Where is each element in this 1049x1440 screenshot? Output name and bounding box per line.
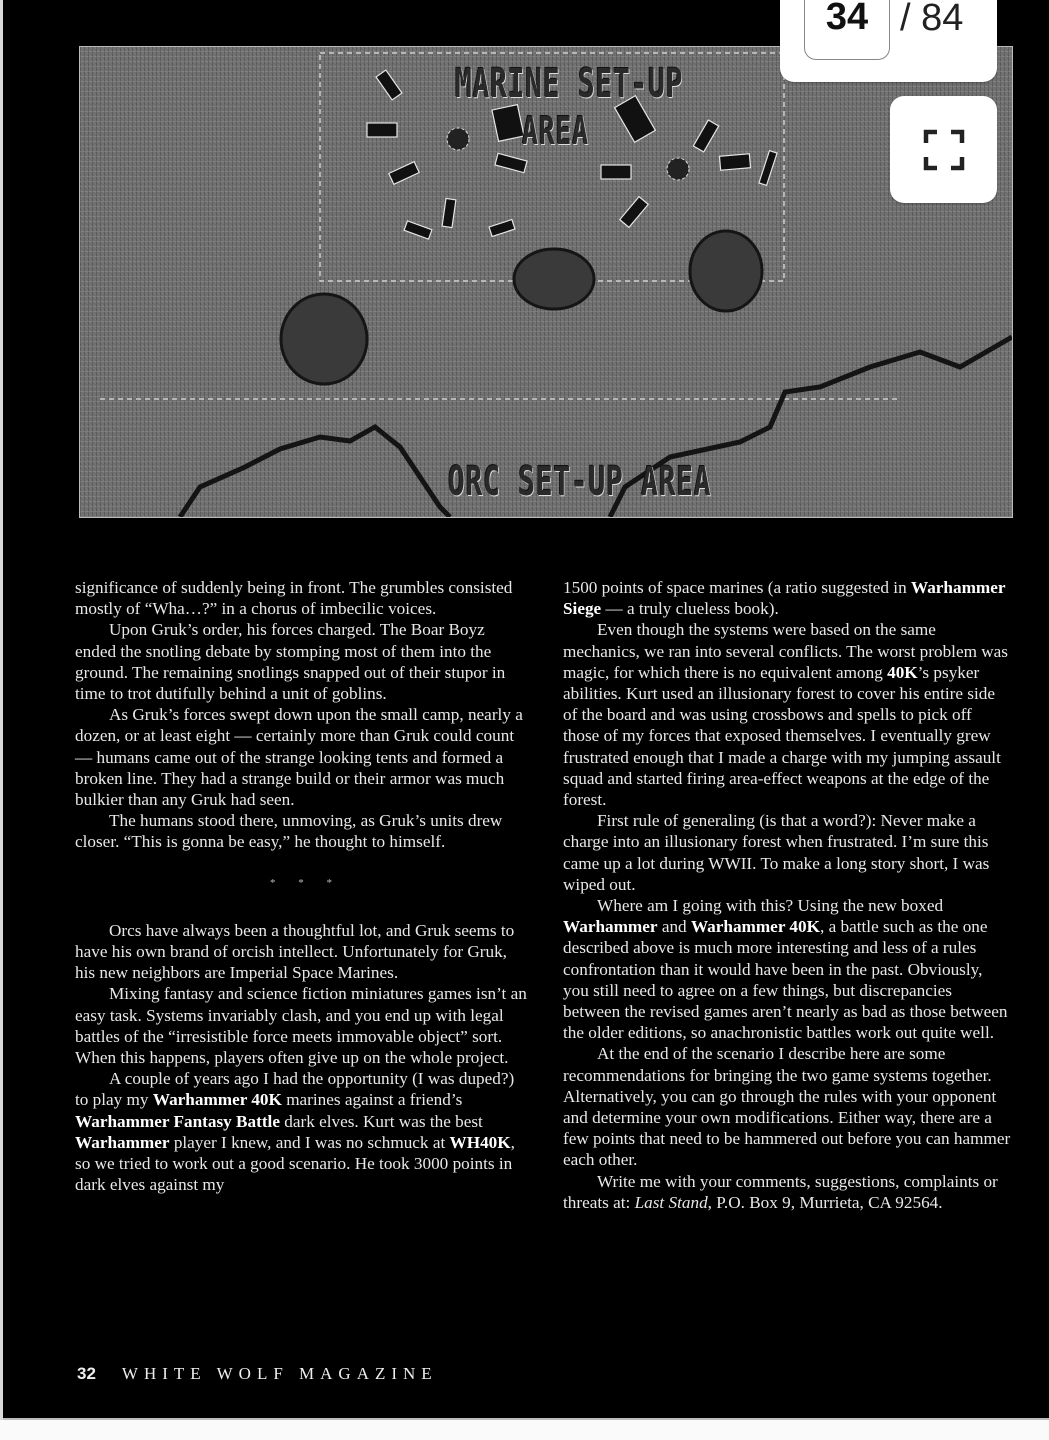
paragraph: Write me with your comments, suggestions… [563,1171,1011,1213]
section-separator: * * * [75,873,527,894]
text-run: , P.O. Box 9, Murrieta, CA 92564. [708,1193,943,1212]
marine-setup-label-area: AREA [522,109,589,153]
game-title: Warhammer [563,917,658,936]
paragraph: 1500 points of space marines (a ratio su… [563,577,1011,619]
paragraph: Upon Gruk’s order, his forces charged. T… [75,619,527,704]
paragraph: significance of suddenly being in front.… [75,577,527,619]
orc-setup-label: ORC SET-UP AREA [448,459,711,505]
fullscreen-icon [923,129,965,171]
page-footer: 32 WHITE WOLF MAGAZINE [77,1364,438,1384]
text-run: Where am I going with this? Using the ne… [597,896,943,915]
marine-setup-label: MARINE SET-UP [455,61,683,107]
magazine-name: WHITE WOLF MAGAZINE [122,1364,438,1384]
paragraph: Even though the systems were based on th… [563,619,1011,810]
page-counter: 34 / 84 [780,0,997,82]
paragraph: As Gruk’s forces swept down upon the sma… [75,704,527,810]
paragraph: Where am I going with this? Using the ne… [563,895,1011,1043]
game-title: Warhammer Fantasy Battle [75,1112,280,1131]
paragraph: A couple of years ago I had the opportun… [75,1068,527,1195]
article-right-column: 1500 points of space marines (a ratio su… [563,577,1011,1213]
text-run: dark elves. Kurt was the best [280,1112,483,1131]
paragraph: Orcs have always been a thoughtful lot, … [75,920,527,984]
article-left-column: significance of suddenly being in front.… [75,577,527,1195]
game-title: Warhammer 40K [153,1090,282,1109]
text-run: 1500 points of space marines (a ratio su… [563,578,911,597]
paragraph: Mixing fantasy and science fiction minia… [75,983,527,1068]
column-title: Last Stand [635,1193,708,1212]
text-run: — a truly clueless book). [601,599,779,618]
paragraph: The humans stood there, unmoving, as Gru… [75,810,527,852]
game-title: Warhammer 40K [691,917,820,936]
text-run: and [658,917,691,936]
current-page-input[interactable]: 34 [804,0,890,60]
game-title: 40K [887,663,918,682]
total-pages: / 84 [900,0,963,48]
game-title: WH40K [450,1133,511,1152]
paragraph: At the end of the scenario I describe he… [563,1043,1011,1170]
page-number: 32 [77,1364,96,1384]
text-run: ’s psyker abilities. Kurt used an illusi… [563,663,1001,809]
fullscreen-button[interactable] [890,96,997,203]
battle-map-illustration: MARINE SET-UP AREA ORC SET-UP AREA [79,46,1013,518]
document-page: MARINE SET-UP AREA ORC SET-UP AREA signi… [3,0,1049,1420]
paragraph: First rule of generaling (is that a word… [563,810,1011,895]
game-title: Warhammer [75,1133,170,1152]
text-run: marines against a friend’s [282,1090,462,1109]
text-run: player I knew, and I was no schmuck at [170,1133,450,1152]
